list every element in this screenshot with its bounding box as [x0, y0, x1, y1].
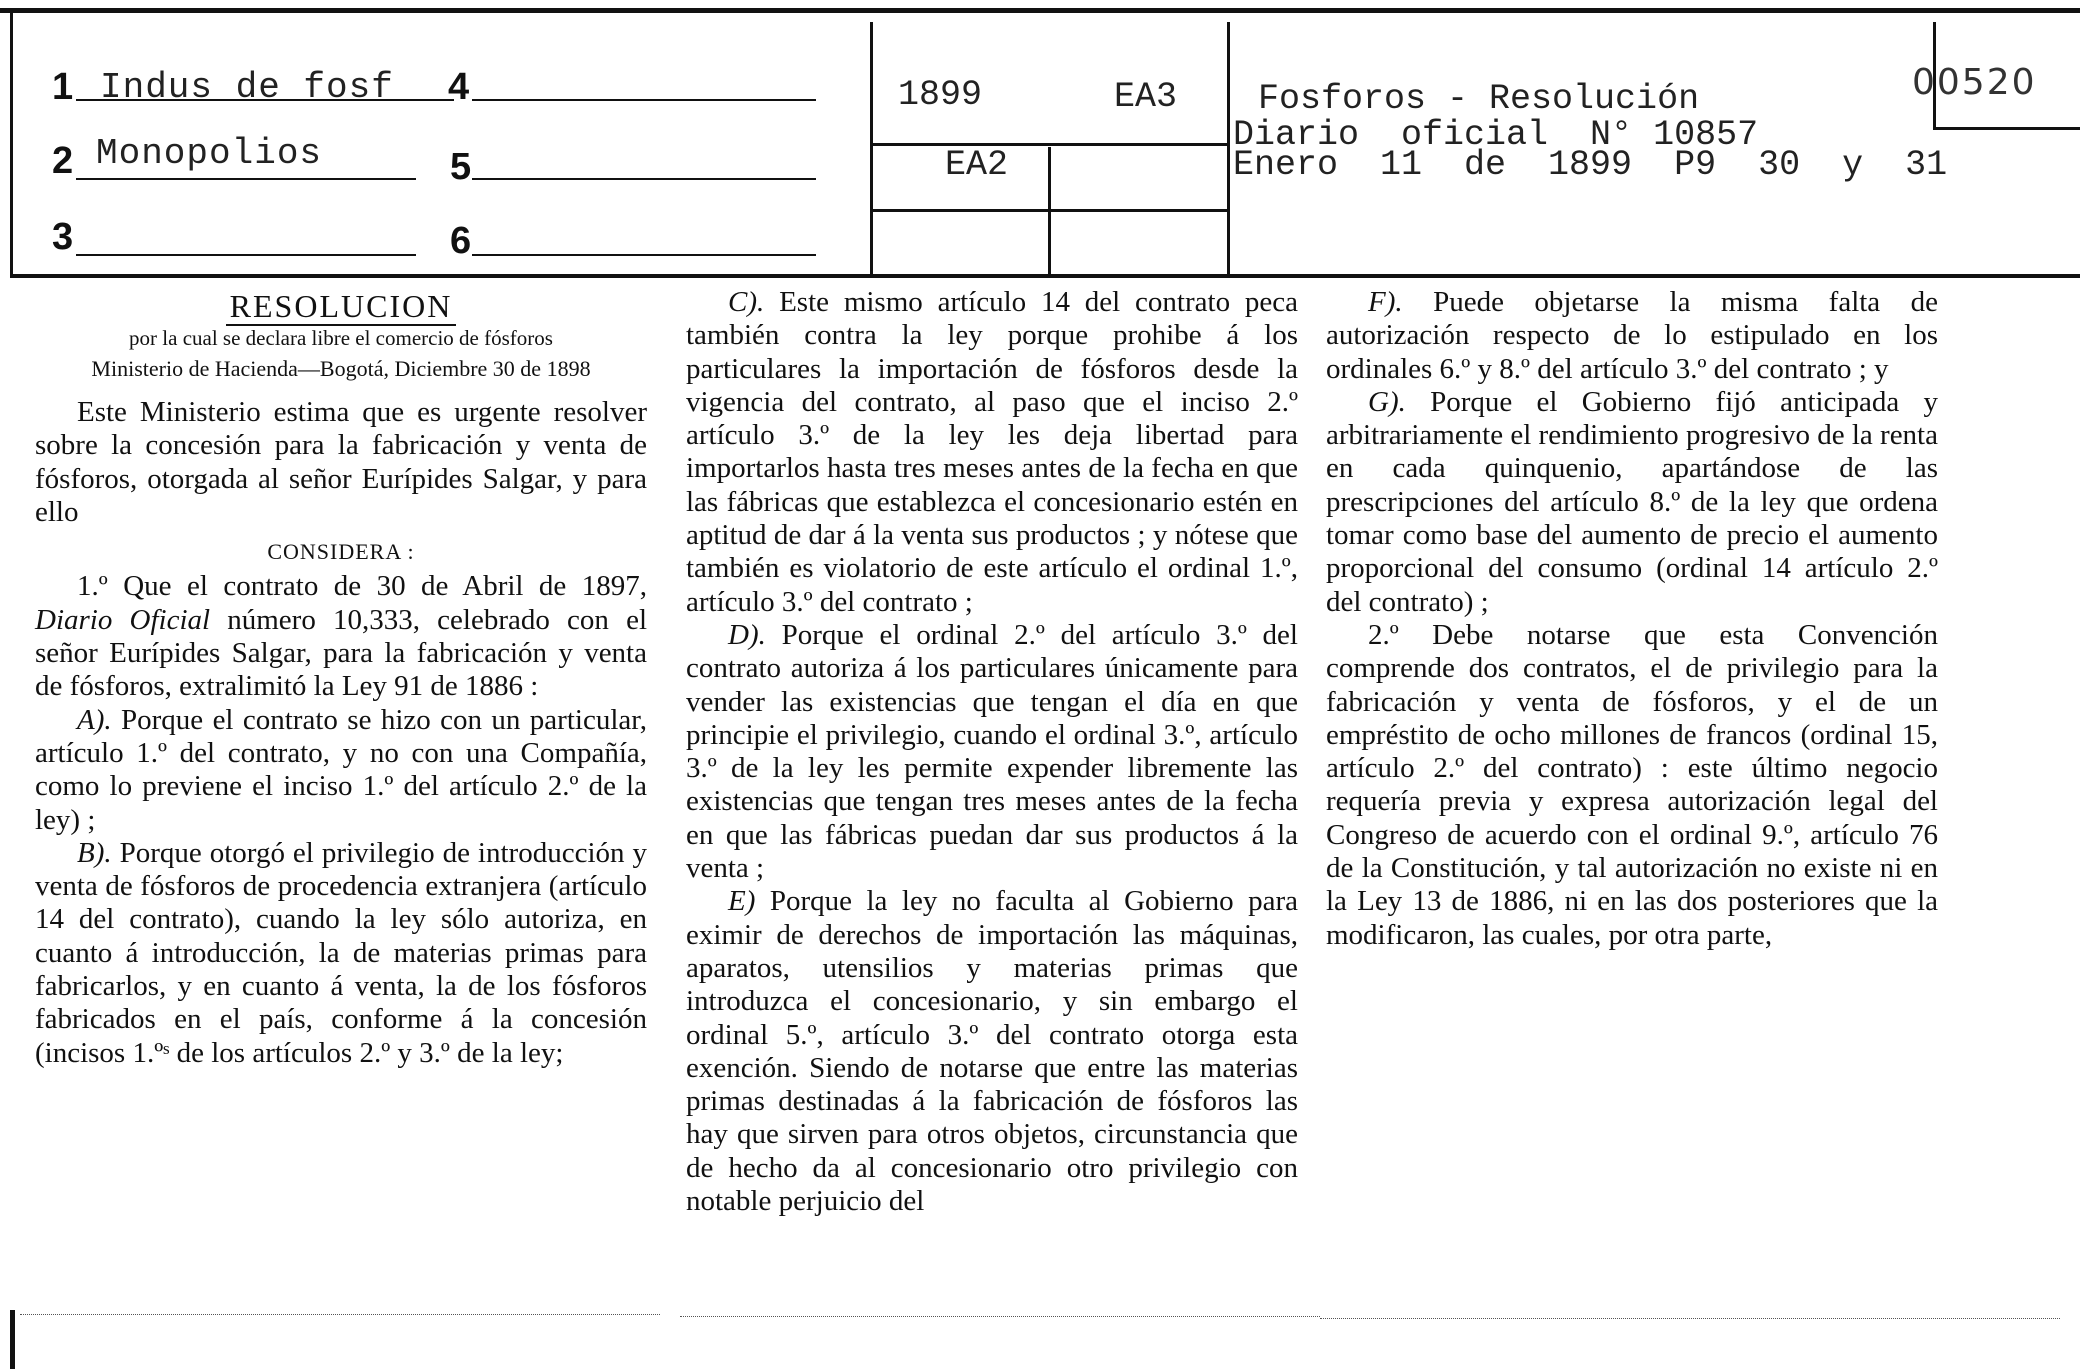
- classification-code-ea2: EA2: [945, 148, 1008, 183]
- paragraph-d: D). Porque el ordinal 2.º del artículo 3…: [686, 619, 1298, 885]
- column-1-end-rule: [20, 1314, 660, 1316]
- paragraph-c: C). Este mismo artículo 14 del contrato …: [686, 286, 1298, 619]
- index-field-6-number: 6: [450, 222, 471, 260]
- article-subtitle: por la cual se declara libre el comercio…: [35, 326, 647, 350]
- code-grid-row-rule-1: [873, 143, 1227, 146]
- index-field-3-line: [76, 254, 416, 256]
- code-grid-middle-divider: [1048, 147, 1051, 277]
- column-3-spacer: [1326, 0, 1938, 286]
- column-3-end-rule: [1320, 1318, 2060, 1320]
- article-dateline: Ministerio de Hacienda—Bogotá, Diciembre…: [35, 356, 647, 382]
- paragraph-g: G). Porque el Gobierno fijó anticipada y…: [1326, 386, 1938, 619]
- index-field-4-line: [472, 99, 816, 101]
- article-column-2: C). Este mismo artículo 14 del contrato …: [686, 286, 1298, 1218]
- article-title: RESOLUCION: [35, 286, 647, 326]
- index-field-4-number: 4: [448, 68, 469, 106]
- paragraph-2: 2.º Debe notarse que esta Convención com…: [1326, 619, 1938, 952]
- paragraph-a: A). Porque el contrato se hizo con un pa…: [35, 704, 647, 837]
- bottom-left-border-mark: [10, 1310, 15, 1369]
- considera-heading: CONSIDERA :: [35, 535, 647, 568]
- index-field-2-value: Monopolios: [96, 136, 322, 172]
- index-field-1-value: Indus de fosf: [100, 70, 394, 106]
- index-field-2-line: [76, 178, 416, 180]
- paragraph-b: B). Porque otorgó el privilegio de intro…: [35, 837, 647, 1070]
- index-field-6-line: [472, 254, 816, 256]
- archive-box-border-bottom: [1933, 127, 2080, 130]
- index-field-5-number: 5: [450, 148, 471, 186]
- code-grid-left-border: [870, 22, 873, 277]
- paragraph-f: F). Puede objetarse la misma falta de au…: [1326, 286, 1938, 386]
- article-column-3: F). Puede objetarse la misma falta de au…: [1326, 0, 1938, 952]
- index-field-5-line: [472, 178, 816, 180]
- index-field-2-number: 2: [52, 142, 73, 180]
- code-grid-right-border: [1227, 22, 1230, 277]
- column-2-end-rule: [680, 1316, 1320, 1318]
- classification-code-ea3: EA3: [1114, 80, 1177, 115]
- article-column-1: RESOLUCION por la cual se declara libre …: [35, 286, 647, 1070]
- code-grid-row-rule-2: [873, 209, 1227, 212]
- left-border-rule: [10, 10, 13, 278]
- article-intro: Este Ministerio estima que es urgente re…: [35, 396, 647, 529]
- paragraph-1: 1.º Que el contrato de 30 de Abril de 18…: [35, 570, 647, 703]
- paragraph-e: E) Porque la ley no faculta al Gobierno …: [686, 885, 1298, 1218]
- index-field-3-number: 3: [52, 218, 73, 256]
- index-field-1-number: 1: [52, 68, 73, 106]
- year-code: 1899: [898, 78, 982, 113]
